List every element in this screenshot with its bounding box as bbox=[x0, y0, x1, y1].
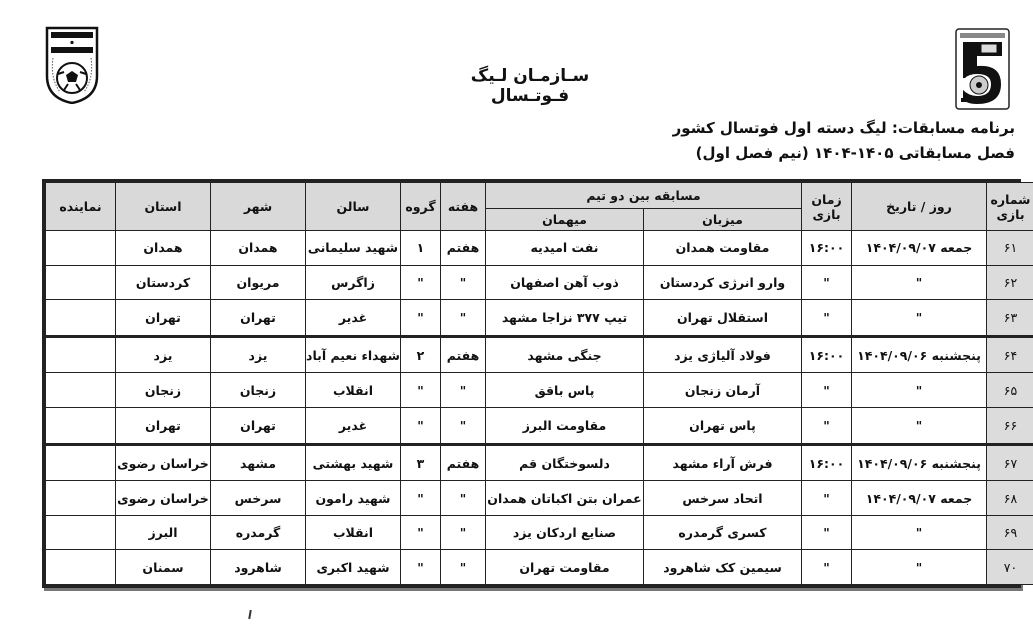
cell-representative bbox=[46, 231, 116, 266]
cell-hall: شهید بهشتی bbox=[306, 444, 401, 481]
cell-date: " bbox=[852, 300, 987, 337]
cell-match-number: ۶۱ bbox=[987, 231, 1033, 266]
cell-match-number: ۶۵ bbox=[987, 373, 1033, 408]
cell-match-number: ۶۲ bbox=[987, 265, 1033, 300]
table-row: ۷۰ " " سیمین کک شاهرود مقاومت تهران " " … bbox=[46, 550, 1033, 585]
cell-date: پنجشنبه ۱۴۰۴/۰۹/۰۶ bbox=[852, 336, 987, 373]
cell-week: هفتم bbox=[441, 231, 486, 266]
cell-representative bbox=[46, 481, 116, 516]
cell-hall: شهداء نعیم آباد bbox=[306, 336, 401, 373]
cell-host: آرمان زنجان bbox=[644, 373, 802, 408]
cell-representative bbox=[46, 300, 116, 337]
header-week: هفته bbox=[441, 183, 486, 231]
cell-province: تهران bbox=[116, 300, 211, 337]
cell-time: ۱۶:۰۰ bbox=[802, 231, 852, 266]
header-city: شهر bbox=[211, 183, 306, 231]
cell-representative bbox=[46, 515, 116, 550]
cell-match-number: ۷۰ bbox=[987, 550, 1033, 585]
cell-group: " bbox=[401, 265, 441, 300]
cell-hall: شهید سلیمانی bbox=[306, 231, 401, 266]
cell-date: جمعه ۱۴۰۴/۰۹/۰۷ bbox=[852, 481, 987, 516]
cell-representative bbox=[46, 550, 116, 585]
header-date: روز / تاریخ bbox=[852, 183, 987, 231]
cell-city: یزد bbox=[211, 336, 306, 373]
cell-time: " bbox=[802, 407, 852, 444]
cell-match-number: ۶۶ bbox=[987, 407, 1033, 444]
cell-guest: صنایع اردکان یزد bbox=[486, 515, 644, 550]
cell-province: کردستان bbox=[116, 265, 211, 300]
cell-guest: مقاومت تهران bbox=[486, 550, 644, 585]
cell-week: " bbox=[441, 481, 486, 516]
cell-time: " bbox=[802, 373, 852, 408]
cell-time: " bbox=[802, 481, 852, 516]
cell-province: همدان bbox=[116, 231, 211, 266]
stray-pen-mark bbox=[248, 610, 252, 619]
cell-city: مشهد bbox=[211, 444, 306, 481]
cell-province: خراسان رضوی bbox=[116, 444, 211, 481]
cell-host: اتحاد سرخس bbox=[644, 481, 802, 516]
cell-province: خراسان رضوی bbox=[116, 481, 211, 516]
cell-city: گرمدره bbox=[211, 515, 306, 550]
cell-match-number: ۶۷ bbox=[987, 444, 1033, 481]
table-row: ۶۵ " " آرمان زنجان پاس باقق " " انقلاب ز… bbox=[46, 373, 1033, 408]
federation-logo-icon bbox=[44, 26, 100, 104]
cell-group: " bbox=[401, 550, 441, 585]
cell-match-number: ۶۹ bbox=[987, 515, 1033, 550]
cell-match-number: ۶۸ bbox=[987, 481, 1033, 516]
cell-group: " bbox=[401, 300, 441, 337]
cell-date: " bbox=[852, 515, 987, 550]
cell-hall: شهید رامون bbox=[306, 481, 401, 516]
futsal-league-logo-icon bbox=[955, 28, 1010, 110]
cell-time: " bbox=[802, 300, 852, 337]
table-row: ۶۹ " " کسری گرمدره صنایع اردکان یزد " " … bbox=[46, 515, 1033, 550]
cell-date: جمعه ۱۴۰۴/۰۹/۰۷ bbox=[852, 231, 987, 266]
header-guest: میهمان bbox=[486, 209, 644, 231]
header-time: زمان بازی bbox=[802, 183, 852, 231]
cell-representative bbox=[46, 265, 116, 300]
cell-week: " bbox=[441, 550, 486, 585]
cell-representative bbox=[46, 373, 116, 408]
cell-date: " bbox=[852, 373, 987, 408]
cell-guest: عمران بتن اکباتان همدان bbox=[486, 481, 644, 516]
cell-province: تهران bbox=[116, 407, 211, 444]
cell-host: کسری گرمدره bbox=[644, 515, 802, 550]
cell-province: البرز bbox=[116, 515, 211, 550]
cell-hall: انقلاب bbox=[306, 515, 401, 550]
subtitle-competition-name: برنامه مسابقات: لیگ دسته اول فوتسال کشور bbox=[673, 116, 1015, 141]
cell-match-number: ۶۴ bbox=[987, 336, 1033, 373]
cell-group: " bbox=[401, 515, 441, 550]
schedule-table-container: شماره بازی روز / تاریخ زمان بازی مسابقه … bbox=[42, 179, 1021, 588]
cell-host: استقلال تهران bbox=[644, 300, 802, 337]
cell-week: " bbox=[441, 265, 486, 300]
cell-representative bbox=[46, 336, 116, 373]
cell-group: " bbox=[401, 373, 441, 408]
cell-date: پنجشنبه ۱۴۰۴/۰۹/۰۶ bbox=[852, 444, 987, 481]
cell-time: " bbox=[802, 515, 852, 550]
cell-city: سرخس bbox=[211, 481, 306, 516]
cell-time: " bbox=[802, 550, 852, 585]
cell-week: " bbox=[441, 515, 486, 550]
subtitle-season: فصل مسابقاتی ۱۴۰۵-۱۴۰۴ (نیم فصل اول) bbox=[673, 141, 1015, 166]
cell-host: پاس تهران bbox=[644, 407, 802, 444]
table-row: ۶۷ پنجشنبه ۱۴۰۴/۰۹/۰۶ ۱۶:۰۰ فرش آراء مشه… bbox=[46, 444, 1033, 481]
cell-city: همدان bbox=[211, 231, 306, 266]
cell-hall: شهید اکبری bbox=[306, 550, 401, 585]
competition-subtitle: برنامه مسابقات: لیگ دسته اول فوتسال کشور… bbox=[673, 116, 1015, 166]
cell-host: سیمین کک شاهرود bbox=[644, 550, 802, 585]
cell-city: تهران bbox=[211, 407, 306, 444]
cell-city: زنجان bbox=[211, 373, 306, 408]
cell-group: " bbox=[401, 407, 441, 444]
header-group: گروه bbox=[401, 183, 441, 231]
table-row: ۶۱ جمعه ۱۴۰۴/۰۹/۰۷ ۱۶:۰۰ مقاومت همدان نف… bbox=[46, 231, 1033, 266]
cell-guest: تیپ ۳۷۷ نزاجا مشهد bbox=[486, 300, 644, 337]
cell-group: ۲ bbox=[401, 336, 441, 373]
cell-host: فرش آراء مشهد bbox=[644, 444, 802, 481]
cell-date: " bbox=[852, 550, 987, 585]
cell-representative bbox=[46, 444, 116, 481]
cell-week: هفتم bbox=[441, 336, 486, 373]
table-row: ۶۸ جمعه ۱۴۰۴/۰۹/۰۷ " اتحاد سرخس عمران بت… bbox=[46, 481, 1033, 516]
cell-province: یزد bbox=[116, 336, 211, 373]
cell-hall: زاگرس bbox=[306, 265, 401, 300]
cell-time: ۱۶:۰۰ bbox=[802, 336, 852, 373]
cell-guest: ذوب آهن اصفهان bbox=[486, 265, 644, 300]
cell-week: هفتم bbox=[441, 444, 486, 481]
table-row: ۶۲ " " وارو انرژی کردستان ذوب آهن اصفهان… bbox=[46, 265, 1033, 300]
cell-guest: دلسوختگان قم bbox=[486, 444, 644, 481]
header-match-between-teams: مسابقه بین دو تیم bbox=[486, 183, 802, 209]
header-host: میزبان bbox=[644, 209, 802, 231]
cell-host: فولاد آلیاژی یزد bbox=[644, 336, 802, 373]
match-schedule-table: شماره بازی روز / تاریخ زمان بازی مسابقه … bbox=[45, 182, 1033, 585]
cell-hall: غدیر bbox=[306, 300, 401, 337]
cell-hall: غدیر bbox=[306, 407, 401, 444]
cell-guest: پاس باقق bbox=[486, 373, 644, 408]
cell-city: شاهرود bbox=[211, 550, 306, 585]
cell-guest: مقاومت البرز bbox=[486, 407, 644, 444]
cell-group: " bbox=[401, 481, 441, 516]
table-row: ۶۴ پنجشنبه ۱۴۰۴/۰۹/۰۶ ۱۶:۰۰ فولاد آلیاژی… bbox=[46, 336, 1033, 373]
cell-city: تهران bbox=[211, 300, 306, 337]
cell-group: ۳ bbox=[401, 444, 441, 481]
cell-week: " bbox=[441, 373, 486, 408]
cell-date: " bbox=[852, 407, 987, 444]
cell-week: " bbox=[441, 300, 486, 337]
cell-guest: نفت امیدیه bbox=[486, 231, 644, 266]
cell-province: سمنان bbox=[116, 550, 211, 585]
organization-title: سـازمـان لـیگ فـوتـسال bbox=[430, 66, 630, 106]
cell-guest: جنگی مشهد bbox=[486, 336, 644, 373]
cell-time: ۱۶:۰۰ bbox=[802, 444, 852, 481]
cell-group: ۱ bbox=[401, 231, 441, 266]
cell-match-number: ۶۳ bbox=[987, 300, 1033, 337]
table-row: ۶۳ " " استقلال تهران تیپ ۳۷۷ نزاجا مشهد … bbox=[46, 300, 1033, 337]
cell-host: مقاومت همدان bbox=[644, 231, 802, 266]
cell-time: " bbox=[802, 265, 852, 300]
cell-host: وارو انرژی کردستان bbox=[644, 265, 802, 300]
header-province: استان bbox=[116, 183, 211, 231]
header-match-number: شماره بازی bbox=[987, 183, 1033, 231]
cell-province: زنجان bbox=[116, 373, 211, 408]
header-representative: نماینده bbox=[46, 183, 116, 231]
table-row: ۶۶ " " پاس تهران مقاومت البرز " " غدیر ت… bbox=[46, 407, 1033, 444]
cell-date: " bbox=[852, 265, 987, 300]
header-hall: سالن bbox=[306, 183, 401, 231]
cell-city: مریوان bbox=[211, 265, 306, 300]
cell-representative bbox=[46, 407, 116, 444]
cell-hall: انقلاب bbox=[306, 373, 401, 408]
cell-week: " bbox=[441, 407, 486, 444]
